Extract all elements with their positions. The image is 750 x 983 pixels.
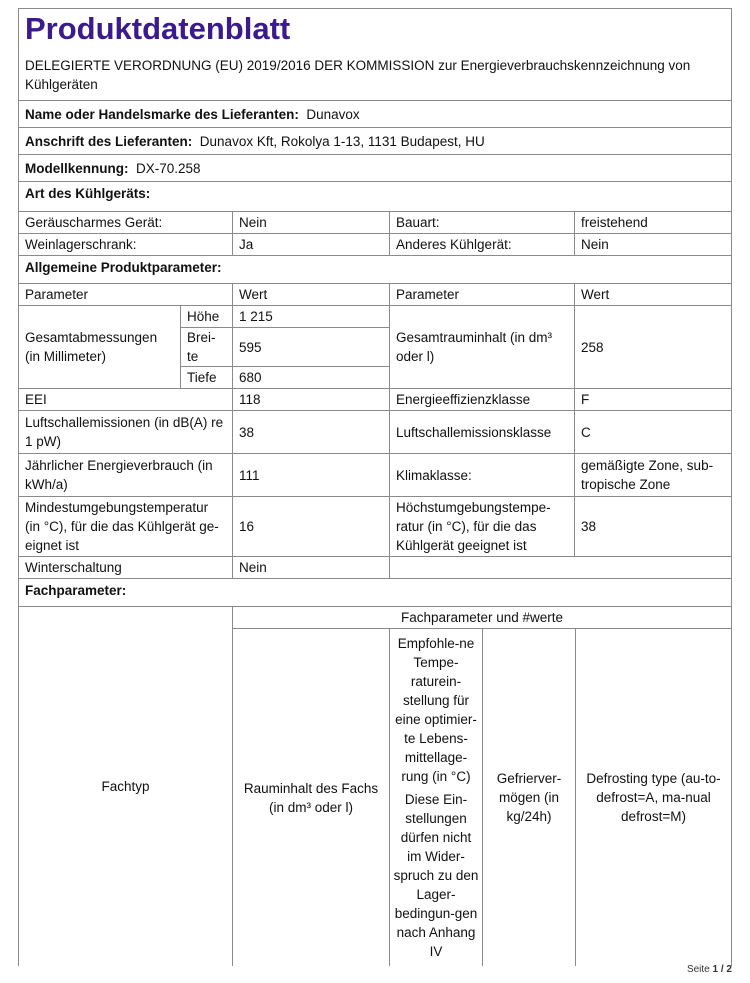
temp-note: Diese Ein-stellungen dürfen nicht im Wid… xyxy=(393,790,479,961)
type-label: Weinlagerschrank: xyxy=(18,233,233,256)
model-label: Modellkennung: xyxy=(25,159,129,178)
supplier-address-row: Anschrift des Lieferanten: Dunavox Kft, … xyxy=(18,127,732,155)
param-value: 38 xyxy=(574,496,732,557)
height-value: 1 215 xyxy=(232,305,390,328)
page-number: 1 / 2 xyxy=(713,964,732,975)
param-label: Energieeffizienzklasse xyxy=(389,388,575,411)
type-value: Nein xyxy=(574,233,732,256)
col-header-value: Wert xyxy=(574,283,732,306)
param-label: Höchstumgebungstempe-ratur (in °C), für … xyxy=(389,496,575,557)
col-header-parameter: Parameter xyxy=(389,283,575,306)
total-volume-label: Gesamtrauminhalt (in dm³ oder l) xyxy=(389,305,575,389)
param-label: Winterschaltung xyxy=(18,556,233,579)
temp-label: Empfohle-ne Tempe-raturein-stellung für … xyxy=(393,634,479,786)
param-label: Jährlicher Energieverbrauch (in kWh/a) xyxy=(18,453,233,497)
type-value: Ja xyxy=(232,233,390,256)
param-label: Luftschallemissionsklasse xyxy=(389,410,575,454)
compartment-type-header: Fachtyp xyxy=(18,606,233,966)
type-value: Nein xyxy=(232,211,390,234)
type-label: Geräuscharmes Gerät: xyxy=(18,211,233,234)
model-value: DX-70.258 xyxy=(136,159,201,178)
param-value: C xyxy=(574,410,732,454)
supplier-address-value: Dunavox Kft, Rokolya 1-13, 1131 Budapest… xyxy=(200,132,485,151)
width-value: 595 xyxy=(232,327,390,367)
empty-cell xyxy=(389,556,732,579)
compartment-defrost-header: Defrosting type (au-to-defrost=A, ma-nua… xyxy=(575,628,732,966)
depth-label: Tiefe xyxy=(180,366,233,389)
param-value: 38 xyxy=(232,410,390,454)
supplier-address-label: Anschrift des Lieferanten: xyxy=(25,132,192,151)
param-label: Mindestumgebungstemperatur (in °C), für … xyxy=(18,496,233,557)
param-value: Nein xyxy=(232,556,390,579)
page-prefix: Seite xyxy=(687,964,710,975)
param-value: F xyxy=(574,388,732,411)
param-value: 16 xyxy=(232,496,390,557)
page-title: Produktdatenblatt xyxy=(25,11,290,47)
param-value: 111 xyxy=(232,453,390,497)
compartment-params-heading: Fachparameter: xyxy=(18,578,732,607)
general-params-heading: Allgemeine Produktparameter: xyxy=(18,255,732,284)
type-label: Anderes Kühlgerät: xyxy=(389,233,575,256)
param-label: EEI xyxy=(18,388,233,411)
total-volume-value: 258 xyxy=(574,305,732,389)
regulation-subtitle: DELEGIERTE VERORDNUNG (EU) 2019/2016 DER… xyxy=(25,56,725,94)
compartment-volume-header: Rauminhalt des Fachs (in dm³ oder l) xyxy=(232,628,390,966)
depth-value: 680 xyxy=(232,366,390,389)
supplier-name-label: Name oder Handelsmarke des Lieferanten: xyxy=(25,105,299,124)
supplier-name-value: Dunavox xyxy=(306,105,359,124)
page-indicator: Seite 1 / 2 xyxy=(687,964,732,975)
compartment-temp-header: Empfohle-ne Tempe-raturein-stellung für … xyxy=(389,628,483,966)
param-value: gemäßigte Zone, sub-tropische Zone xyxy=(574,453,732,497)
col-header-value: Wert xyxy=(232,283,390,306)
model-row: Modellkennung: DX-70.258 xyxy=(18,154,732,182)
compartment-group-header: Fachparameter und #werte xyxy=(232,606,732,629)
supplier-name-row: Name oder Handelsmarke des Lieferanten: … xyxy=(18,100,732,128)
type-value: freistehend xyxy=(574,211,732,234)
appliance-type-heading: Art des Kühlgeräts: xyxy=(18,181,732,212)
width-label: Brei-te xyxy=(180,327,233,367)
param-value: 118 xyxy=(232,388,390,411)
col-header-parameter: Parameter xyxy=(18,283,233,306)
param-label: Klimaklasse: xyxy=(389,453,575,497)
height-label: Höhe xyxy=(180,305,233,328)
dimensions-label: Gesamtabmessungen (in Millimeter) xyxy=(18,305,181,389)
compartment-freeze-header: Gefrierver-mögen (in kg/24h) xyxy=(482,628,576,966)
param-label: Luftschallemissionen (in dB(A) re 1 pW) xyxy=(18,410,233,454)
type-label: Bauart: xyxy=(389,211,575,234)
header-box: Produktdatenblatt DELEGIERTE VERORDNUNG … xyxy=(18,8,732,101)
